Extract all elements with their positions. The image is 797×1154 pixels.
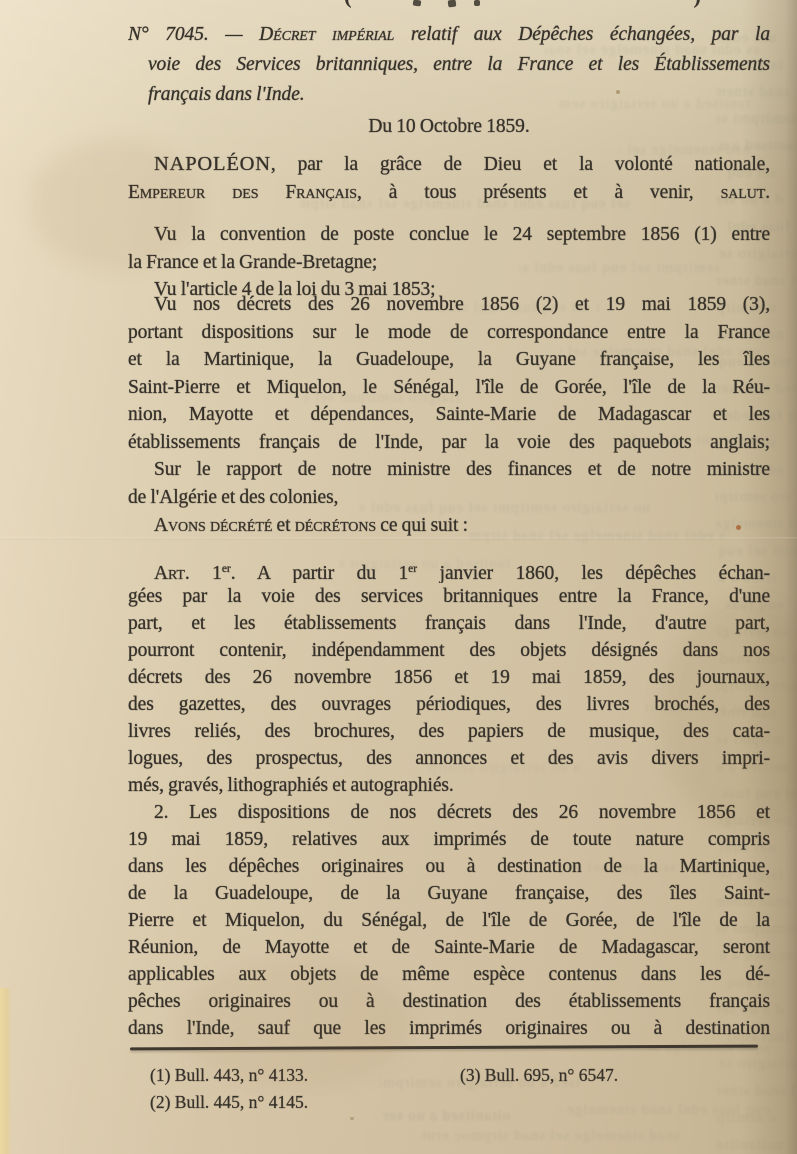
text-segment: NAPOLÉON: [154, 153, 271, 175]
text-segment: Réunion, de Mayotte et de Sainte-Marie d…: [128, 937, 770, 958]
text-segment: Avons décrété: [154, 515, 272, 536]
text-segment: de l'Algérie et des colonies,: [128, 487, 338, 508]
scanned-document-page: { "doc": { "page_number_fragment": "( )"…: [0, 0, 797, 1154]
text-segment: , par la grâce de Dieu et la volonté nat…: [271, 154, 770, 175]
text-segment: Décret impérial: [259, 24, 394, 45]
text-segment: pêches originaires ou à destination des …: [128, 991, 770, 1012]
text-line: pêches originaires ou à destination des …: [128, 988, 770, 1015]
text-line: N° 7045. — Décret impérial relatif aux D…: [128, 20, 770, 50]
text-segment: nion, Mayotte et dépendances, Sainte-Mar…: [128, 404, 770, 425]
text-segment: , à tous présents et à venir,: [357, 182, 721, 203]
text-segment: de la Guadeloupe, de la Guyane française…: [128, 883, 770, 904]
footnote-list-left: (1) Bull. 443, n° 4133.(2) Bull. 445, n°…: [150, 1062, 308, 1116]
text-line: la France et la Grande-Bretagne;: [128, 249, 770, 277]
text-segment: .: [765, 182, 770, 203]
footnote-list-right: (3) Bull. 695, n° 6547.: [460, 1062, 618, 1089]
text-line: 2. Les dispositions de nos décrets des 2…: [128, 799, 770, 826]
footnote: (3) Bull. 695, n° 6547.: [460, 1062, 618, 1089]
text-segment: er: [408, 563, 417, 575]
block-date: Du 10 Octobre 1859.: [128, 113, 770, 141]
text-line: NAPOLÉON, par la grâce de Dieu et la vol…: [128, 151, 770, 179]
text-segment: décrets des 26 novembre 1856 et 19 mai 1…: [128, 667, 770, 688]
text-segment: Du 10 Octobre 1859.: [368, 116, 529, 137]
text-line: dans l'Inde, sauf que les imprimés origi…: [128, 1015, 770, 1042]
text-line: de la Guadeloupe, de la Guyane française…: [128, 880, 770, 907]
text-segment: janvier 1860, les dépêches échan-: [417, 563, 770, 583]
text-line: nion, Mayotte et dépendances, Sainte-Mar…: [128, 401, 770, 429]
text-segment: 19 mai 1859, relatives aux imprimés de t…: [128, 829, 770, 850]
text-line: et la Martinique, la Guadeloupe, la Guya…: [128, 346, 770, 374]
text-segment: des gazettes, des ouvrages périodiques, …: [128, 694, 770, 715]
text-line: décrets des 26 novembre 1856 et 19 mai 1…: [128, 664, 770, 691]
text-segment: Pierre et Miquelon, du Sénégal, de l'île…: [128, 910, 770, 931]
text-line: part, et les établissements français dan…: [128, 610, 770, 637]
text-line: voie des Services britanniques, entre la…: [128, 50, 770, 80]
text-line: Du 10 Octobre 1859.: [128, 113, 770, 141]
text-line: portant dispositions sur le mode de corr…: [128, 319, 770, 347]
text-segment: salut: [721, 182, 766, 203]
text-line: applicables aux objets de même espèce co…: [128, 961, 770, 988]
footnote: (2) Bull. 445, n° 4145.: [150, 1089, 308, 1116]
text-segment: la France et la Grande-Bretagne;: [128, 252, 377, 273]
text-line: Vu nos décrets des 26 novembre 1856 (2) …: [128, 291, 770, 319]
block-p-art2: 2. Les dispositions de nos décrets des 2…: [128, 799, 770, 1042]
text-line: des gazettes, des ouvrages périodiques, …: [128, 691, 770, 718]
text-segment: dans l'Inde, sauf que les imprimés origi…: [128, 1018, 770, 1039]
text-line: Vu la convention de poste conclue le 24 …: [128, 221, 770, 249]
text-segment: Sur le rapport de notre ministre des fin…: [154, 459, 770, 480]
footnotes: (1) Bull. 443, n° 4133.(2) Bull. 445, n°…: [128, 1062, 770, 1132]
text-line: livres reliés, des brochures, des papier…: [128, 718, 770, 745]
text-line: Pierre et Miquelon, du Sénégal, de l'île…: [128, 907, 770, 934]
text-segment: Vu la convention de poste conclue le 24 …: [154, 224, 770, 245]
text-line: français dans l'Inde.: [128, 80, 770, 110]
text-segment: applicables aux objets de même espèce co…: [128, 964, 770, 985]
text-segment: portant dispositions sur le mode de corr…: [128, 322, 770, 343]
text-segment: établissements français de l'Inde, par l…: [128, 432, 770, 453]
text-segment: dans les dépêches originaires ou à desti…: [128, 856, 770, 877]
text-segment: logues, des prospectus, des annonces et …: [128, 748, 770, 769]
text-segment: més, gravés, lithographiés et autographi…: [128, 775, 454, 796]
block-p-nap: NAPOLÉON, par la grâce de Dieu et la vol…: [128, 151, 770, 206]
text-segment: et: [272, 515, 294, 536]
text-line: Empereur des Français, à tous présents e…: [128, 179, 770, 207]
text-segment: Art: [154, 563, 185, 583]
text-segment: ce qui suit :: [376, 515, 468, 536]
block-p-avons: Avons décrété et décrétons ce qui suit :: [128, 512, 770, 540]
text-segment: 2. Les dispositions de nos décrets des 2…: [154, 802, 770, 823]
text-line: gées par la voie des services britanniqu…: [128, 583, 770, 610]
footnote: (1) Bull. 443, n° 4133.: [150, 1062, 308, 1089]
text-segment: français dans l'Inde.: [148, 84, 305, 105]
text-segment: et la Martinique, la Guadeloupe, la Guya…: [128, 349, 770, 370]
text-line: més, gravés, lithographiés et autographi…: [128, 772, 770, 799]
text-segment: voie des Services britanniques, entre la…: [148, 54, 770, 75]
text-line: dans les dépêches originaires ou à desti…: [128, 853, 770, 880]
text-segment: . 1: [185, 563, 222, 583]
page-edge-strip: [0, 988, 12, 1154]
text-column: N° 7045. — Décret impérial relatif aux D…: [128, 0, 770, 1154]
text-segment: Saint-Pierre et Miquelon, le Sénégal, l'…: [128, 377, 770, 398]
text-segment: gées par la voie des services britanniqu…: [128, 586, 770, 607]
text-line: Saint-Pierre et Miquelon, le Sénégal, l'…: [128, 374, 770, 402]
text-segment: Empereur des Français: [128, 182, 357, 203]
text-line: de l'Algérie et des colonies,: [128, 484, 770, 512]
text-segment: . A partir du 1: [231, 563, 408, 583]
text-segment: Vu nos décrets des 26 novembre 1856 (2) …: [154, 294, 770, 315]
text-segment: part, et les établissements français dan…: [128, 613, 770, 634]
text-segment: er: [222, 563, 231, 575]
text-line: Sur le rapport de notre ministre des fin…: [128, 456, 770, 484]
text-segment: pourront contenir, indépendamment des ob…: [128, 640, 770, 661]
text-line: 19 mai 1859, relatives aux imprimés de t…: [128, 826, 770, 853]
text-segment: décrétons: [295, 515, 376, 536]
text-line: pourront contenir, indépendamment des ob…: [128, 637, 770, 664]
text-segment: N° 7045. —: [128, 24, 259, 45]
text-segment: livres reliés, des brochures, des papier…: [128, 721, 770, 742]
text-segment: relatif aux Dépêches échangées, par la: [394, 24, 770, 45]
text-line: Réunion, de Mayotte et de Sainte-Marie d…: [128, 934, 770, 961]
block-p-vu3: Vu nos décrets des 26 novembre 1856 (2) …: [128, 291, 770, 456]
block-p-art1: Art. 1er. A partir du 1er janvier 1860, …: [128, 556, 770, 799]
text-line: logues, des prospectus, des annonces et …: [128, 745, 770, 772]
text-line: Avons décrété et décrétons ce qui suit :: [128, 512, 770, 540]
text-line: Art. 1er. A partir du 1er janvier 1860, …: [128, 556, 770, 583]
block-header: N° 7045. — Décret impérial relatif aux D…: [128, 20, 770, 110]
block-p-vu1: Vu la convention de poste conclue le 24 …: [128, 221, 770, 276]
block-p-rapport: Sur le rapport de notre ministre des fin…: [128, 456, 770, 511]
text-line: établissements français de l'Inde, par l…: [128, 429, 770, 457]
